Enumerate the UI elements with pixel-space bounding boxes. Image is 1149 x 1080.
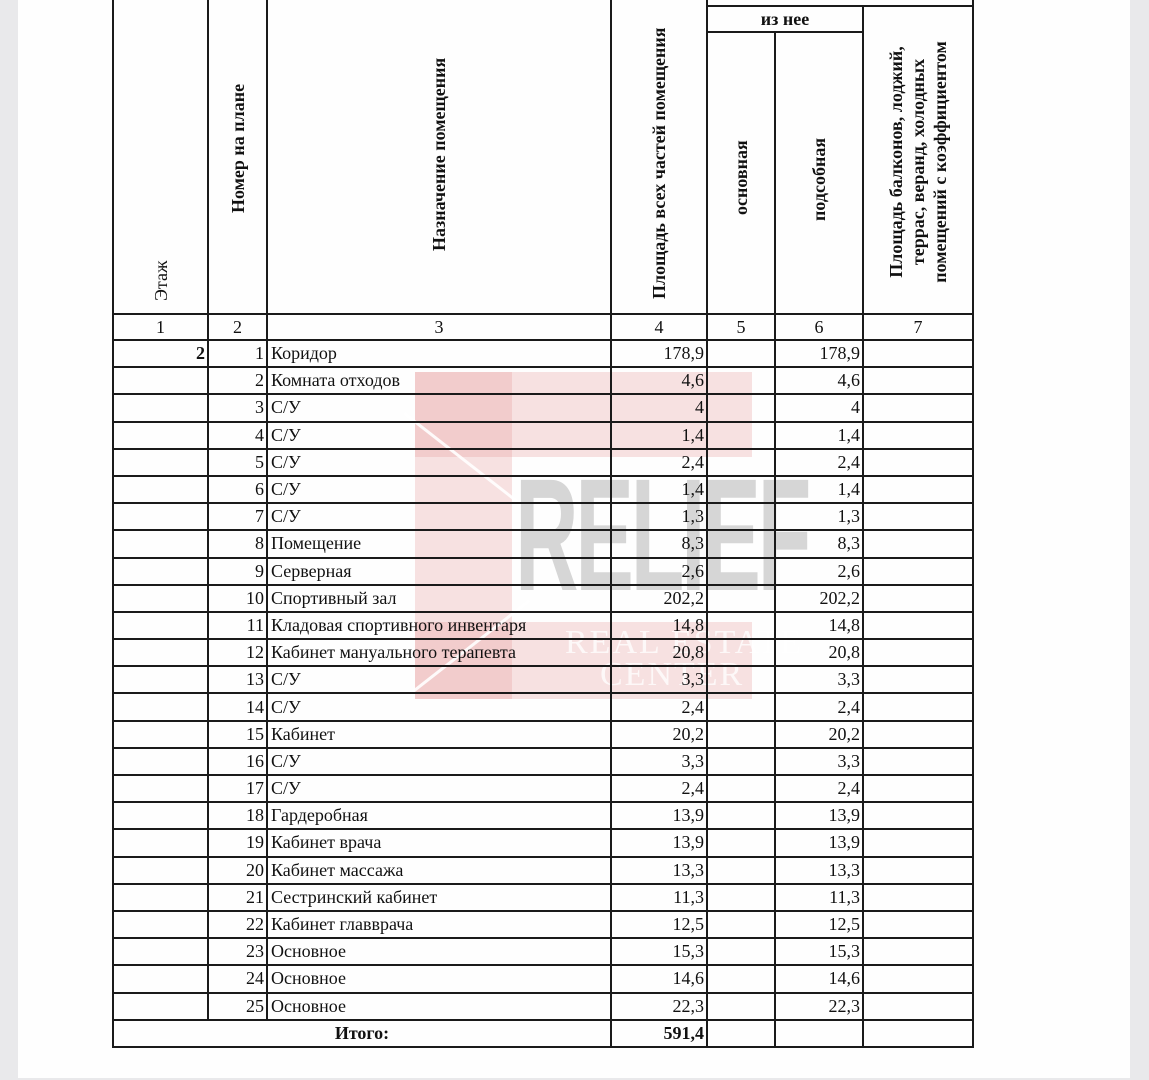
table-row: 2Комната отходов4,64,6 [113, 367, 973, 394]
total-area-cell: 202,2 [611, 585, 707, 612]
main-area-cell [707, 993, 775, 1020]
room-name-cell: С/У [267, 666, 611, 693]
floor-cell [113, 639, 208, 666]
aux-area-cell: 2,4 [775, 693, 863, 720]
table-row: 5С/У2,42,4 [113, 449, 973, 476]
aux-area-cell: 1,4 [775, 476, 863, 503]
plan-number-cell: 4 [208, 422, 267, 449]
floor-cell: 2 [113, 340, 208, 367]
main-area-cell [707, 422, 775, 449]
total-value: 591,4 [611, 1020, 707, 1047]
main-area-cell [707, 802, 775, 829]
room-name-cell: Основное [267, 965, 611, 992]
room-name-cell: Комната отходов [267, 367, 611, 394]
balcony-area-cell [863, 857, 973, 884]
total-label: Итого: [113, 1020, 611, 1047]
plan-number-cell: 16 [208, 748, 267, 775]
main-area-cell [707, 911, 775, 938]
floor-cell [113, 748, 208, 775]
main-area-cell [707, 394, 775, 421]
total-area-cell: 2,6 [611, 558, 707, 585]
total-area-cell: 1,4 [611, 422, 707, 449]
table-row: 3С/У44 [113, 394, 973, 421]
header-main: основная [707, 32, 775, 314]
plan-number-cell: 3 [208, 394, 267, 421]
aux-area-cell: 15,3 [775, 938, 863, 965]
total-area-cell: 11,3 [611, 884, 707, 911]
plan-number-cell: 6 [208, 476, 267, 503]
room-name-cell: Кабинет [267, 721, 611, 748]
aux-area-cell: 20,8 [775, 639, 863, 666]
aux-area-cell: 22,3 [775, 993, 863, 1020]
aux-area-cell: 178,9 [775, 340, 863, 367]
floor-cell [113, 938, 208, 965]
floor-cell [113, 476, 208, 503]
balcony-area-cell [863, 775, 973, 802]
floor-cell [113, 965, 208, 992]
balcony-area-cell [863, 802, 973, 829]
table-row: 23Основное15,315,3 [113, 938, 973, 965]
table-row: 19Кабинет врача13,913,9 [113, 829, 973, 856]
balcony-area-cell [863, 829, 973, 856]
main-area-cell [707, 612, 775, 639]
total-area-cell: 4 [611, 394, 707, 421]
total-area-cell: 4,6 [611, 367, 707, 394]
balcony-area-cell [863, 884, 973, 911]
total-area-cell: 3,3 [611, 666, 707, 693]
aux-area-cell: 1,3 [775, 503, 863, 530]
balcony-area-cell [863, 340, 973, 367]
main-area-cell [707, 693, 775, 720]
room-name-cell: Кабинет массажа [267, 857, 611, 884]
table-row: 10Спортивный зал202,2202,2 [113, 585, 973, 612]
main-area-cell [707, 639, 775, 666]
plan-number-cell: 5 [208, 449, 267, 476]
floor-cell [113, 884, 208, 911]
aux-area-cell: 1,4 [775, 422, 863, 449]
balcony-area-cell [863, 721, 973, 748]
plan-number-cell: 21 [208, 884, 267, 911]
floor-cell [113, 422, 208, 449]
plan-number-cell: 23 [208, 938, 267, 965]
room-name-cell: С/У [267, 775, 611, 802]
balcony-area-cell [863, 585, 973, 612]
plan-number-cell: 19 [208, 829, 267, 856]
total-area-cell: 15,3 [611, 938, 707, 965]
total-area-cell: 20,2 [611, 721, 707, 748]
room-name-cell: Коридор [267, 340, 611, 367]
room-name-cell: Основное [267, 938, 611, 965]
main-area-cell [707, 530, 775, 557]
room-name-cell: Кабинет мануального терапевта [267, 639, 611, 666]
floor-cell [113, 857, 208, 884]
aux-area-cell: 14,6 [775, 965, 863, 992]
table-row: 20Кабинет массажа13,313,3 [113, 857, 973, 884]
balcony-area-cell [863, 558, 973, 585]
main-area-cell [707, 748, 775, 775]
total-area-cell: 13,9 [611, 802, 707, 829]
balcony-area-cell [863, 422, 973, 449]
main-area-cell [707, 666, 775, 693]
floor-cell [113, 775, 208, 802]
aux-area-cell: 3,3 [775, 666, 863, 693]
plan-number-cell: 14 [208, 693, 267, 720]
table-row: 14С/У2,42,4 [113, 693, 973, 720]
table-row: 4С/У1,41,4 [113, 422, 973, 449]
floor-cell [113, 993, 208, 1020]
balcony-area-cell [863, 693, 973, 720]
room-name-cell: Гардеробная [267, 802, 611, 829]
floor-cell [113, 394, 208, 421]
total-area-cell: 3,3 [611, 748, 707, 775]
room-name-cell: С/У [267, 449, 611, 476]
aux-area-cell: 12,5 [775, 911, 863, 938]
balcony-area-cell [863, 938, 973, 965]
balcony-area-cell [863, 639, 973, 666]
total-balcony-cell [863, 1020, 973, 1047]
table-row: 17С/У2,42,4 [113, 775, 973, 802]
main-area-cell [707, 367, 775, 394]
aux-area-cell: 202,2 [775, 585, 863, 612]
aux-area-cell: 11,3 [775, 884, 863, 911]
balcony-area-cell [863, 911, 973, 938]
balcony-area-cell [863, 530, 973, 557]
aux-area-cell: 4 [775, 394, 863, 421]
floor-cell [113, 693, 208, 720]
total-aux-cell [775, 1020, 863, 1047]
total-area-cell: 20,8 [611, 639, 707, 666]
main-area-cell [707, 829, 775, 856]
floor-cell [113, 612, 208, 639]
floor-cell [113, 503, 208, 530]
plan-number-cell: 15 [208, 721, 267, 748]
balcony-area-cell [863, 367, 973, 394]
balcony-area-cell [863, 612, 973, 639]
total-area-cell: 14,6 [611, 965, 707, 992]
total-area-cell: 178,9 [611, 340, 707, 367]
main-area-cell [707, 340, 775, 367]
plan-number-cell: 25 [208, 993, 267, 1020]
total-row: Итого:591,4 [113, 1020, 973, 1047]
table-row: 24Основное14,614,6 [113, 965, 973, 992]
header-balcony-area: Площадь балконов, лоджий, террас, веранд… [863, 6, 973, 314]
plan-number-cell: 9 [208, 558, 267, 585]
floor-cell [113, 802, 208, 829]
plan-number-cell: 22 [208, 911, 267, 938]
floor-cell [113, 585, 208, 612]
main-area-cell [707, 721, 775, 748]
floor-cell [113, 721, 208, 748]
header-floor: Этаж [113, 0, 208, 314]
room-name-cell: Кабинет главврача [267, 911, 611, 938]
total-area-cell: 13,9 [611, 829, 707, 856]
room-name-cell: Спортивный зал [267, 585, 611, 612]
table-row: 22Кабинет главврача12,512,5 [113, 911, 973, 938]
aux-area-cell: 8,3 [775, 530, 863, 557]
room-name-cell: Помещение [267, 530, 611, 557]
table-row: 7С/У1,31,3 [113, 503, 973, 530]
total-area-cell: 13,3 [611, 857, 707, 884]
plan-number-cell: 11 [208, 612, 267, 639]
balcony-area-cell [863, 993, 973, 1020]
balcony-area-cell [863, 394, 973, 421]
table-row: 21Сестринский кабинет11,311,3 [113, 884, 973, 911]
plan-number-cell: 24 [208, 965, 267, 992]
room-name-cell: Серверная [267, 558, 611, 585]
room-name-cell: Кабинет врача [267, 829, 611, 856]
aux-area-cell: 14,8 [775, 612, 863, 639]
plan-number-cell: 17 [208, 775, 267, 802]
room-name-cell: Кладовая спортивного инвентаря [267, 612, 611, 639]
main-area-cell [707, 857, 775, 884]
aux-area-cell: 3,3 [775, 748, 863, 775]
floor-cell [113, 558, 208, 585]
main-area-cell [707, 884, 775, 911]
total-area-cell: 2,4 [611, 449, 707, 476]
aux-area-cell: 13,9 [775, 802, 863, 829]
plan-number-cell: 13 [208, 666, 267, 693]
total-area-cell: 1,4 [611, 476, 707, 503]
plan-number-cell: 8 [208, 530, 267, 557]
plan-number-cell: 1 [208, 340, 267, 367]
aux-area-cell: 2,4 [775, 775, 863, 802]
aux-area-cell: 20,2 [775, 721, 863, 748]
table-row: 8Помещение8,38,3 [113, 530, 973, 557]
rooms-explication-table: Этаж Номер на плане Назначение помещения… [112, 0, 974, 1048]
balcony-area-cell [863, 965, 973, 992]
main-area-cell [707, 503, 775, 530]
total-area-cell: 12,5 [611, 911, 707, 938]
table-row: 12Кабинет мануального терапевта20,820,8 [113, 639, 973, 666]
main-area-cell [707, 938, 775, 965]
room-name-cell: С/У [267, 748, 611, 775]
plan-number-cell: 18 [208, 802, 267, 829]
balcony-area-cell [863, 476, 973, 503]
main-area-cell [707, 476, 775, 503]
total-main-cell [707, 1020, 775, 1047]
table-row: 9Серверная2,62,6 [113, 558, 973, 585]
plan-number-cell: 20 [208, 857, 267, 884]
plan-number-cell: 10 [208, 585, 267, 612]
room-name-cell: С/У [267, 422, 611, 449]
main-area-cell [707, 449, 775, 476]
balcony-area-cell [863, 666, 973, 693]
total-area-cell: 1,3 [611, 503, 707, 530]
table-row: 25Основное22,322,3 [113, 993, 973, 1020]
room-name-cell: Основное [267, 993, 611, 1020]
room-name-cell: С/У [267, 394, 611, 421]
table-row: 11Кладовая спортивного инвентаря14,814,8 [113, 612, 973, 639]
header-total-area: Площадь всех частей помещения [611, 0, 707, 314]
balcony-area-cell [863, 503, 973, 530]
table-row: 13С/У3,33,3 [113, 666, 973, 693]
plan-number-cell: 2 [208, 367, 267, 394]
room-name-cell: С/У [267, 503, 611, 530]
floor-cell [113, 911, 208, 938]
aux-area-cell: 4,6 [775, 367, 863, 394]
main-area-cell [707, 775, 775, 802]
floor-cell [113, 530, 208, 557]
plan-number-cell: 7 [208, 503, 267, 530]
balcony-area-cell [863, 748, 973, 775]
floor-cell [113, 829, 208, 856]
header-plan-number: Номер на плане [208, 0, 267, 314]
floor-cell [113, 666, 208, 693]
total-area-cell: 14,8 [611, 612, 707, 639]
table-row: 18Гардеробная13,913,9 [113, 802, 973, 829]
header-auxiliary: подсобная [775, 32, 863, 314]
balcony-area-cell [863, 449, 973, 476]
table-row: 16С/У3,33,3 [113, 748, 973, 775]
header-of-which: из нее [707, 6, 863, 32]
aux-area-cell: 13,3 [775, 857, 863, 884]
total-area-cell: 2,4 [611, 693, 707, 720]
plan-number-cell: 12 [208, 639, 267, 666]
header-room-purpose: Назначение помещения [267, 0, 611, 314]
floor-cell [113, 449, 208, 476]
aux-area-cell: 2,4 [775, 449, 863, 476]
table-row: 15Кабинет20,220,2 [113, 721, 973, 748]
main-area-cell [707, 558, 775, 585]
main-area-cell [707, 965, 775, 992]
room-name-cell: С/У [267, 476, 611, 503]
column-numbers-row: 1 2 3 4 5 6 7 [113, 314, 973, 340]
table-row: 6С/У1,41,4 [113, 476, 973, 503]
total-area-cell: 2,4 [611, 775, 707, 802]
aux-area-cell: 13,9 [775, 829, 863, 856]
total-area-cell: 22,3 [611, 993, 707, 1020]
room-name-cell: Сестринский кабинет [267, 884, 611, 911]
room-name-cell: С/У [267, 693, 611, 720]
total-area-cell: 8,3 [611, 530, 707, 557]
main-area-cell [707, 585, 775, 612]
floor-cell [113, 367, 208, 394]
table-row: 21Коридор178,9178,9 [113, 340, 973, 367]
aux-area-cell: 2,6 [775, 558, 863, 585]
